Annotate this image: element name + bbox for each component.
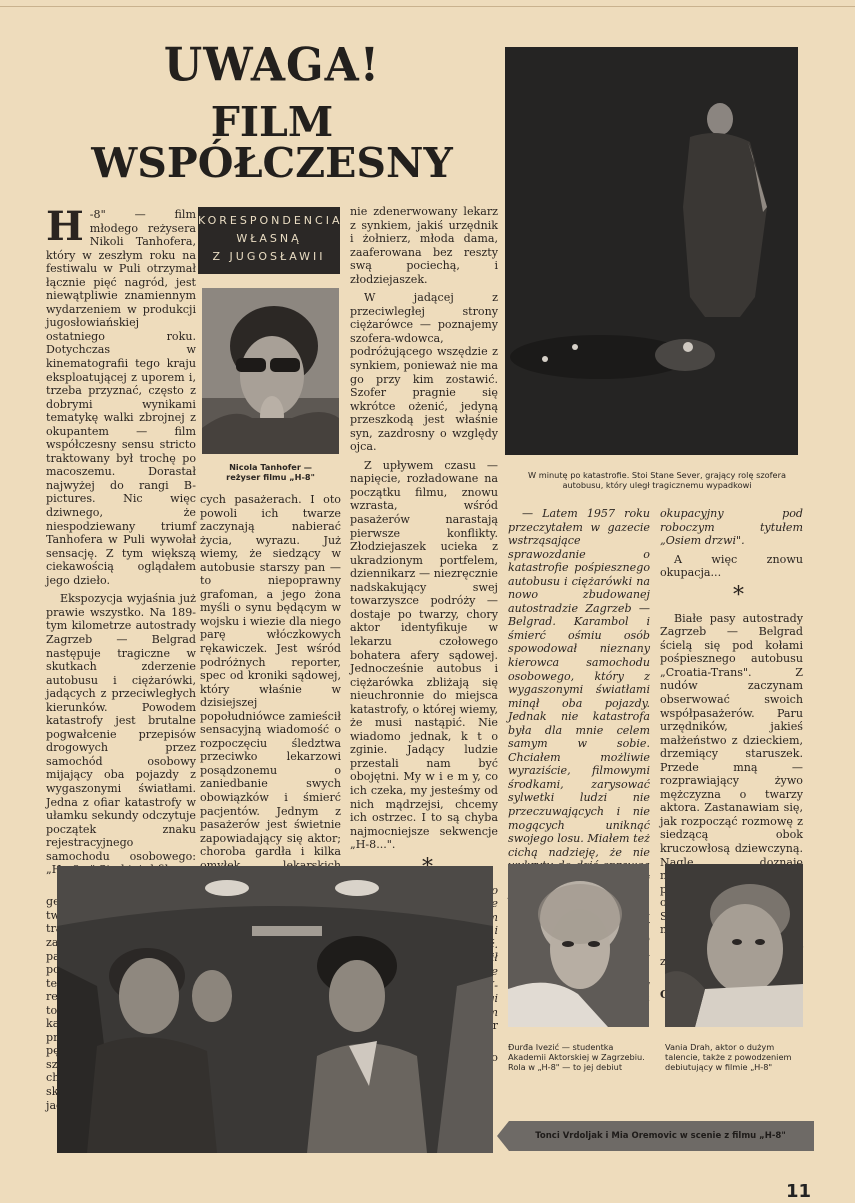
correspondence-line-3: Z JUGOSŁAWII — [198, 248, 340, 266]
drop-cap: H — [46, 210, 84, 244]
article-paragraph: Z upływem czasu — napięcie, rozładowane … — [350, 459, 498, 852]
night-scene-caption: W minutę po katastrofie. Stoi Stane Seve… — [512, 470, 802, 490]
correspondence-box: KORESPONDENCIA WŁASNĄ Z JUGOSŁAWII — [198, 207, 340, 274]
night-scene-photo — [505, 47, 798, 455]
page-number: 11 — [786, 1181, 811, 1202]
correspondence-line-2: WŁASNĄ — [198, 230, 340, 248]
actor-photo-caption: Vania Drah, aktor o dużym talencie, takż… — [665, 1042, 805, 1072]
director-photo-caption: Nicola Tanhofer — reżyser filmu „H-8" — [202, 462, 339, 482]
director-portrait-photo — [202, 288, 339, 454]
interview-answer: — Latem 1957 roku przeczytałem w gazecie… — [508, 507, 650, 900]
actor-portrait-photo — [665, 864, 803, 1027]
correspondence-line-1: KORESPONDENCIA — [198, 212, 340, 230]
article-paragraph: nie zdenerwowany lekarz z synkiem, jakiś… — [350, 205, 498, 286]
section-separator-star: * — [660, 585, 803, 607]
article-paragraph: Ekspozycja wyjaśnia już prawie wszystko.… — [46, 592, 196, 876]
article-lead-paragraph: H-8" — film młodego reżysera Nikoli Tanh… — [46, 208, 196, 587]
article-paragraph: W jadącej z przeciwległej strony ciężaró… — [350, 291, 498, 454]
actress-photo-caption: Đurđa Ivezić — studentka Akademii Aktors… — [508, 1042, 653, 1072]
interview-answer: okupacyjny pod roboczym tytułem „Osiem d… — [660, 507, 803, 548]
article-paragraph: A więc znowu okupacja... — [660, 553, 803, 580]
actress-portrait-photo — [508, 864, 649, 1027]
bus-scene-caption-banner: Tonci Vrdoljak i Mia Oremovic w scenie z… — [497, 1121, 814, 1151]
headline-line-2: FILM WSPÓŁCZESNY — [44, 102, 500, 184]
headline-line-1: UWAGA! — [44, 43, 500, 89]
page-top-rule — [0, 6, 855, 7]
headline: UWAGA! FILM WSPÓŁCZESNY — [44, 44, 500, 184]
bus-scene-photo — [57, 866, 493, 1153]
